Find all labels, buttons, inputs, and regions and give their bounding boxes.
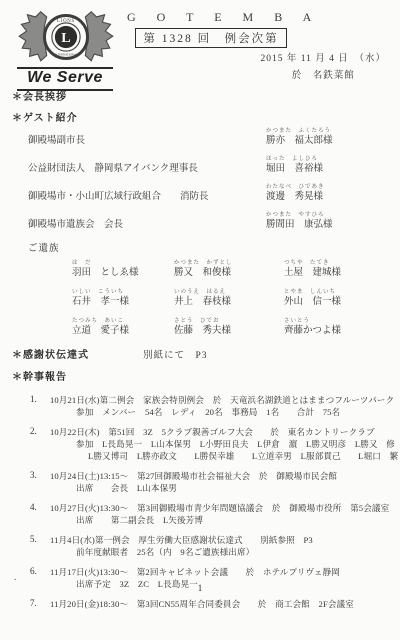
report-line: 10月21日(水)第二例会 家族会特別例会 於 天竜浜名湖鉄道とはままつフルーツ…: [50, 394, 394, 406]
meeting-venue: 於 名鉄菜館: [260, 67, 386, 81]
bereaved-cell: つちや たてき 土屋 建城様: [284, 260, 388, 279]
guest-furigana: ほった よしひろ: [266, 156, 388, 163]
report-line: 11月4日(水)第一例会 厚生労働大臣感謝状伝達式 別紙参照 P3: [50, 534, 388, 546]
bereaved-furigana: は だ: [72, 260, 174, 267]
bereaved-cell: は だ 羽田 としゑ様: [72, 260, 174, 279]
report-item: 5. 11月4日(水)第一例会 厚生労働大臣感謝状伝達式 別紙参照 P3 前年度…: [30, 534, 388, 558]
right-lion-head-shape: [85, 12, 112, 61]
bereaved-family-grid: は だ 羽田 としゑ様 かつまた かずとし 勝又 和俊様 つちや たてき 土屋 …: [72, 260, 388, 337]
report-line: 前年度献眼者 25名（内 9名ご遺族様出席）: [76, 546, 388, 558]
report-item-lines: 10月24日(土)13:15～ 第27回御殿場市社会福祉大会 於 御殿場市民会館…: [50, 470, 388, 494]
report-item-number: 1.: [30, 394, 50, 418]
emblem-ring-bottom-text: INTERNATIONAL: [54, 53, 78, 57]
report-line: 参加 メンバー 54名 レディ 20名 事務局 1名 合計 75名: [76, 406, 394, 418]
guest-name-block: わたなべ ひであき 渡邊 秀晃様: [266, 184, 388, 203]
report-item-lines: 11月4日(水)第一例会 厚生労働大臣感謝状伝達式 別紙参照 P3 前年度献眼者…: [50, 534, 388, 558]
section-guest-introduction: ＊ゲスト紹介: [12, 109, 388, 124]
we-serve-motto: We Serve: [14, 69, 116, 88]
report-line: 11月20日(金)18:30～ 第3回CN55周年合同委員会 於 商工会館 2F…: [50, 598, 388, 610]
report-item-lines: 10月21日(水)第二例会 家族会特別例会 於 天竜浜名湖鉄道とはままつフルーツ…: [50, 394, 394, 418]
section-certificate-ceremony: ＊感謝状伝達式: [12, 346, 89, 361]
certificate-attachment-note: 別紙にて P3: [143, 347, 208, 361]
guest-row: 御殿場市遺族会 会長 かつまた やすひろ 勝間田 康弘様: [12, 212, 388, 231]
guest-title: 公益財団法人 静岡県アイバンク理事長: [28, 160, 198, 175]
emblem-ring-top-text: LIONS: [57, 19, 75, 24]
lions-club-logo-block: LIONS L INTERNATIONAL We Serve: [14, 8, 116, 91]
bereaved-furigana: かつまた かずとし: [174, 260, 284, 267]
report-item: 3. 10月24日(土)13:15～ 第27回御殿場市社会福祉大会 於 御殿場市…: [30, 470, 388, 494]
bereaved-furigana: さとう ひでお: [174, 318, 284, 325]
report-item-lines: 10月22日(木) 第51回 3Z 5クラブ親善ゴルフ大会 於 東名カントリーク…: [50, 426, 398, 462]
guest-row: 御殿場市・小山町広域行政組合 消防長 わたなべ ひであき 渡邊 秀晃様: [12, 184, 388, 203]
bereaved-furigana: たつみち あいこ: [72, 318, 174, 325]
bereaved-furigana: いのうえ はるえ: [174, 289, 284, 296]
guest-name-block: ほった よしひろ 堀田 喜裕様: [266, 156, 388, 175]
report-item-lines: 11月20日(金)18:30～ 第3回CN55周年合同委員会 於 商工会館 2F…: [50, 598, 388, 610]
document-page: LIONS L INTERNATIONAL We Serve G O T E M…: [0, 0, 400, 640]
report-line: L勝又博司 L勝亦政文 L勝俣幸雄 L立道幸男 L服部貫己 L堀口 繁: [88, 450, 398, 462]
report-item-number: 4.: [30, 502, 50, 526]
guest-furigana: かつまた やすひろ: [266, 212, 388, 219]
bereaved-furigana: いしい こういち: [72, 289, 174, 296]
report-line: 11月17日(火)13:30～ 第2回キャビネット会議 於 ホテルプリヴェ静岡: [50, 566, 388, 578]
bereaved-furigana: とやま しんいち: [284, 289, 388, 296]
bereaved-cell: いしい こういち 石井 孝一様: [72, 289, 174, 308]
bereaved-name: 井上 春枝様: [174, 296, 284, 308]
bereaved-family-label: ご遺族: [28, 240, 388, 254]
report-line: 出席 第二副会長 L矢後芳博: [76, 514, 389, 526]
guest-title: 御殿場市遺族会 会長: [28, 216, 123, 231]
report-item-lines: 10月27日(火)13:30～ 第3回御殿場市青少年問題協議会 於 御殿場市役所…: [50, 502, 389, 526]
bereaved-cell: たつみち あいこ 立道 愛子様: [72, 318, 174, 337]
section-secretary-report: ＊幹事報告: [12, 368, 388, 383]
motto-bottom-rule: [17, 89, 113, 91]
guest-name: 勝間田 康弘様: [266, 219, 388, 231]
certificate-ceremony-row: ＊感謝状伝達式 別紙にて P3: [12, 346, 388, 361]
title-area: G O T E M B A 第 1328 回 例会次第: [118, 10, 304, 48]
report-line: 10月24日(土)13:15～ 第27回御殿場市社会福祉大会 於 御殿場市民会館: [50, 470, 388, 482]
page-number: 1: [0, 584, 400, 594]
bereaved-cell: いのうえ はるえ 井上 春枝様: [174, 289, 284, 308]
bereaved-name: 羽田 としゑ様: [72, 267, 174, 279]
scan-artifact: .: [14, 572, 16, 582]
guest-name: 堀田 喜裕様: [266, 163, 388, 175]
guest-row: 公益財団法人 静岡県アイバンク理事長 ほった よしひろ 堀田 喜裕様: [12, 156, 388, 175]
bereaved-cell: さとう ひでお 佐藤 秀夫様: [174, 318, 284, 337]
guest-name-block: かつまた やすひろ 勝間田 康弘様: [266, 212, 388, 231]
bereaved-cell: かつまた かずとし 勝又 和俊様: [174, 260, 284, 279]
guest-title: 御殿場副市長: [28, 132, 85, 147]
report-line: 10月27日(火)13:30～ 第3回御殿場市青少年問題協議会 於 御殿場市役所…: [50, 502, 389, 514]
guest-name: 渡邊 秀晃様: [266, 191, 388, 203]
emblem-center-letter: L: [61, 30, 70, 46]
report-item: 4. 10月27日(火)13:30～ 第3回御殿場市青少年問題協議会 於 御殿場…: [30, 502, 388, 526]
bereaved-name: 土屋 建城様: [284, 267, 388, 279]
report-item: 7. 11月20日(金)18:30～ 第3回CN55周年合同委員会 於 商工会館…: [30, 598, 388, 610]
guest-furigana: かつまた ふくたろう: [266, 128, 388, 135]
secretary-report-list: 1. 10月21日(水)第二例会 家族会特別例会 於 天竜浜名湖鉄道とはままつフ…: [12, 383, 388, 610]
report-item-number: 3.: [30, 470, 50, 494]
guest-row: 御殿場副市長 かつまた ふくたろう 勝亦 福太郎様: [12, 128, 388, 147]
left-lion-head-shape: [19, 12, 46, 61]
guest-name: 勝亦 福太郎様: [266, 135, 388, 147]
bereaved-name: 立道 愛子様: [72, 325, 174, 337]
bereaved-name: 石井 孝一様: [72, 296, 174, 308]
guest-name-block: かつまた ふくたろう 勝亦 福太郎様: [266, 128, 388, 147]
guest-title: 御殿場市・小山町広域行政組合 消防長: [28, 188, 209, 203]
bereaved-cell: さいとう 齊藤かつよ様: [284, 318, 388, 337]
club-name-romaji: G O T E M B A: [118, 10, 304, 25]
bereaved-furigana: さいとう: [284, 318, 388, 325]
report-item-number: 5.: [30, 534, 50, 558]
report-line: 参加 L長島晃一 L山本保男 L小野田良夫 L伊倉 濵 L勝又明彦 L勝又 修: [76, 438, 398, 450]
meeting-date: 2015 年 11 月 4 日 （水）: [260, 50, 386, 64]
bereaved-name: 佐藤 秀夫様: [174, 325, 284, 337]
agenda-body: ＊会長挨拶 ＊ゲスト紹介 御殿場副市長 かつまた ふくたろう 勝亦 福太郎様 公…: [0, 88, 400, 610]
report-line: 10月22日(木) 第51回 3Z 5クラブ親善ゴルフ大会 於 東名カントリーク…: [50, 426, 398, 438]
guest-list: 御殿場副市長 かつまた ふくたろう 勝亦 福太郎様 公益財団法人 静岡県アイバン…: [12, 128, 388, 231]
bereaved-name: 外山 信一様: [284, 296, 388, 308]
bereaved-furigana: つちや たてき: [284, 260, 388, 267]
lions-club-emblem-icon: LIONS L INTERNATIONAL: [14, 8, 118, 66]
report-item-number: 2.: [30, 426, 50, 462]
meeting-title-box: 第 1328 回 例会次第: [135, 28, 286, 48]
bereaved-name: 勝又 和俊様: [174, 267, 284, 279]
report-item-number: 7.: [30, 598, 50, 610]
guest-furigana: わたなべ ひであき: [266, 184, 388, 191]
date-block: 2015 年 11 月 4 日 （水） 於 名鉄菜館: [260, 50, 386, 81]
report-line: 出席 会長 L山本保男: [76, 482, 388, 494]
document-header: LIONS L INTERNATIONAL We Serve G O T E M…: [0, 0, 400, 86]
bereaved-name: 齊藤かつよ様: [284, 325, 388, 337]
bereaved-cell: とやま しんいち 外山 信一様: [284, 289, 388, 308]
report-item: 2. 10月22日(木) 第51回 3Z 5クラブ親善ゴルフ大会 於 東名カント…: [30, 426, 388, 462]
report-item: 1. 10月21日(水)第二例会 家族会特別例会 於 天竜浜名湖鉄道とはままつフ…: [30, 394, 388, 418]
